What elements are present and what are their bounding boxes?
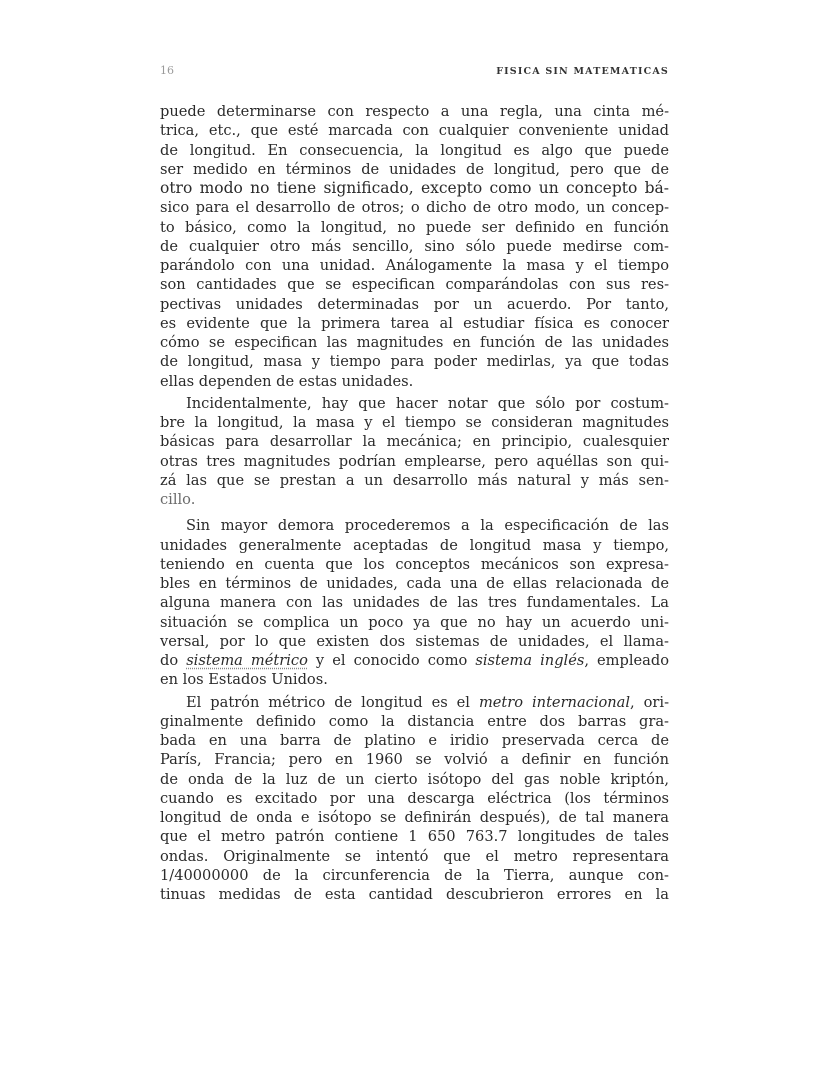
- text-line: bada en una barra de platino e iridio pr…: [160, 731, 669, 750]
- text-line: versal, por lo que existen dos sistemas …: [160, 632, 669, 651]
- text-line: en los Estados Unidos.: [160, 670, 669, 689]
- paragraph-3: Sin mayor demora procederemos a la espec…: [160, 516, 669, 689]
- text-line: de longitud, masa y tiempo para poder me…: [160, 352, 669, 371]
- text-line: ginalmente definido como la distancia en…: [160, 712, 669, 731]
- text-line: básicas para desarrollar la mecánica; en…: [160, 432, 669, 451]
- text-run: y el conocido como: [308, 652, 476, 669]
- text-run: do: [160, 652, 186, 669]
- italic-term: sistema inglés: [475, 652, 584, 669]
- text-line: puede determinarse con respecto a una re…: [160, 102, 669, 121]
- text-line: cillo.: [160, 490, 669, 509]
- running-title: FISICA SIN MATEMATICAS: [496, 66, 669, 77]
- italic-term: metro internacional: [479, 694, 630, 711]
- text-line: otro modo no tiene significado, excepto …: [160, 179, 669, 198]
- paragraph-4: El patrón métrico de longitud es el metr…: [160, 693, 669, 905]
- text-line: ser medido en términos de unidades de lo…: [160, 160, 669, 179]
- text-line: ellas dependen de estas unidades.: [160, 372, 669, 391]
- text-line: longitud de onda e isótopo se definirán …: [160, 808, 669, 827]
- text-line: bre la longitud, la masa y el tiempo se …: [160, 413, 669, 432]
- text-line: de onda de la luz de un cierto isótopo d…: [160, 770, 669, 789]
- text-line: de longitud. En consecuencia, la longitu…: [160, 141, 669, 160]
- text-line: 1/40000000 de la circunferencia de la Ti…: [160, 866, 669, 885]
- text-line: trica, etc., que esté marcada con cualqu…: [160, 121, 669, 140]
- text-line: cuando es excitado por una descarga eléc…: [160, 789, 669, 808]
- text-line: bles en términos de unidades, cada una d…: [160, 574, 669, 593]
- text-line: parándolo con una unidad. Análogamente l…: [160, 256, 669, 275]
- text-line: Sin mayor demora procederemos a la espec…: [160, 516, 669, 535]
- text-line: teniendo en cuenta que los conceptos mec…: [160, 555, 669, 574]
- italic-term: sistema métrico: [186, 652, 308, 669]
- paragraph-2: Incidentalmente, hay que hacer notar que…: [160, 394, 669, 510]
- text-line: son cantidades que se especifican compar…: [160, 275, 669, 294]
- text-run: , ori-: [630, 694, 669, 711]
- text-line: que el metro patrón contiene 1 650 763.7…: [160, 827, 669, 846]
- text-line: El patrón métrico de longitud es el metr…: [160, 693, 669, 712]
- text-line: Incidentalmente, hay que hacer notar que…: [160, 394, 669, 413]
- text-line: otras tres magnitudes podrían emplearse,…: [160, 452, 669, 471]
- text-line: París, Francia; pero en 1960 se volvió a…: [160, 750, 669, 769]
- text-line: cómo se especifican las magnitudes en fu…: [160, 333, 669, 352]
- text-line: unidades generalmente aceptadas de longi…: [160, 536, 669, 555]
- text-line: alguna manera con las unidades de las tr…: [160, 593, 669, 612]
- text-line: pectivas unidades determinadas por un ac…: [160, 295, 669, 314]
- text-line: zá las que se prestan a un desarrollo má…: [160, 471, 669, 490]
- text-line: es evidente que la primera tarea al estu…: [160, 314, 669, 333]
- paragraph-1: puede determinarse con respecto a una re…: [160, 102, 669, 391]
- text-line: do sistema métrico y el conocido como si…: [160, 651, 669, 670]
- text-line: sico para el desarrollo de otros; o dich…: [160, 198, 669, 217]
- text-run: El patrón métrico de longitud es el: [186, 694, 479, 711]
- text-run: , empleado: [584, 652, 669, 669]
- paragraph-gap: [160, 509, 669, 516]
- running-header: 16 FISICA SIN MATEMATICAS: [160, 64, 669, 90]
- page-number: 16: [160, 64, 174, 77]
- page-body: puede determinarse con respecto a una re…: [160, 102, 669, 904]
- text-line: situación se complica un poco ya que no …: [160, 613, 669, 632]
- book-page: 16 FISICA SIN MATEMATICAS puede determin…: [160, 64, 669, 904]
- text-line: ondas. Originalmente se intentó que el m…: [160, 847, 669, 866]
- text-line: de cualquier otro más sencillo, sino sól…: [160, 237, 669, 256]
- text-line: to básico, como la longitud, no puede se…: [160, 218, 669, 237]
- text-line: tinuas medidas de esta cantidad descubri…: [160, 885, 669, 904]
